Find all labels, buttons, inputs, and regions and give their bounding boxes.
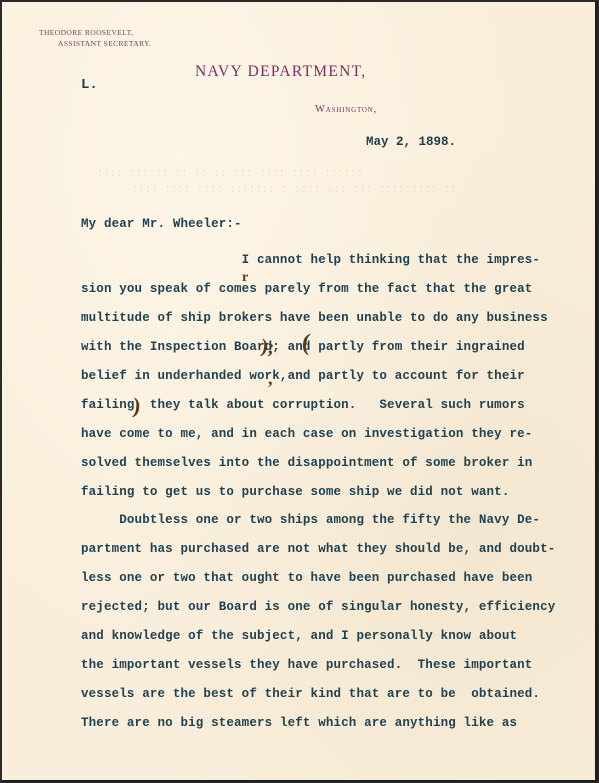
letter-page: THEODORE ROOSEVELT, ASSISTANT SECRETARY.… [2, 2, 598, 782]
city-heading: Washington, [315, 104, 377, 115]
body-line: have come to me, and in each case on inv… [81, 428, 532, 441]
body-line: There are no big steamers left which are… [81, 717, 517, 730]
department-heading: NAVY DEPARTMENT, [195, 63, 366, 81]
body-line: belief in underhanded work,and partly to… [81, 370, 525, 383]
body-line: failing to get us to purchase some ship … [81, 486, 509, 499]
body-line: multitude of ship brokers have been unab… [81, 312, 548, 325]
body-line: and knowledge of the subject, and I pers… [81, 630, 517, 643]
body-line: the important vessels they have purchase… [81, 659, 532, 672]
bleed-through-text: :::: :::::: :: :: :: ::: :::: :::: :::::… [97, 169, 364, 180]
handwritten-correction: ) [132, 393, 142, 420]
handwritten-correction: , [268, 368, 273, 389]
letterhead-title: ASSISTANT SECRETARY. [58, 39, 151, 48]
body-line: failing, they talk about corruption. Sev… [81, 399, 525, 412]
body-line: vessels are the best of their kind that … [81, 688, 540, 701]
salutation: My dear Mr. Wheeler:- [81, 218, 242, 231]
body-line: I cannot help thinking that the impres- [81, 254, 540, 267]
letter-date: May 2, 1898. [366, 135, 456, 149]
body-line: Doubtless one or two ships among the fif… [81, 514, 540, 527]
body-line: sion you speak of comes parely from the … [81, 283, 532, 296]
body-line: rejected; but our Board is one of singul… [81, 601, 555, 614]
body-line: partment has purchased are not what they… [81, 543, 555, 556]
handwritten-correction: r [242, 270, 248, 286]
reference-mark: L. [81, 77, 98, 93]
letterhead-name: THEODORE ROOSEVELT, [39, 28, 133, 37]
handwritten-correction: ); [259, 335, 275, 360]
body-line: less one or two that ought to have been … [81, 572, 532, 585]
bleed-through-text: :::: :::: :::: ::::::: : :::: ::: ::: ::… [132, 185, 457, 196]
body-line: solved themselves into the disappointmen… [81, 457, 532, 470]
